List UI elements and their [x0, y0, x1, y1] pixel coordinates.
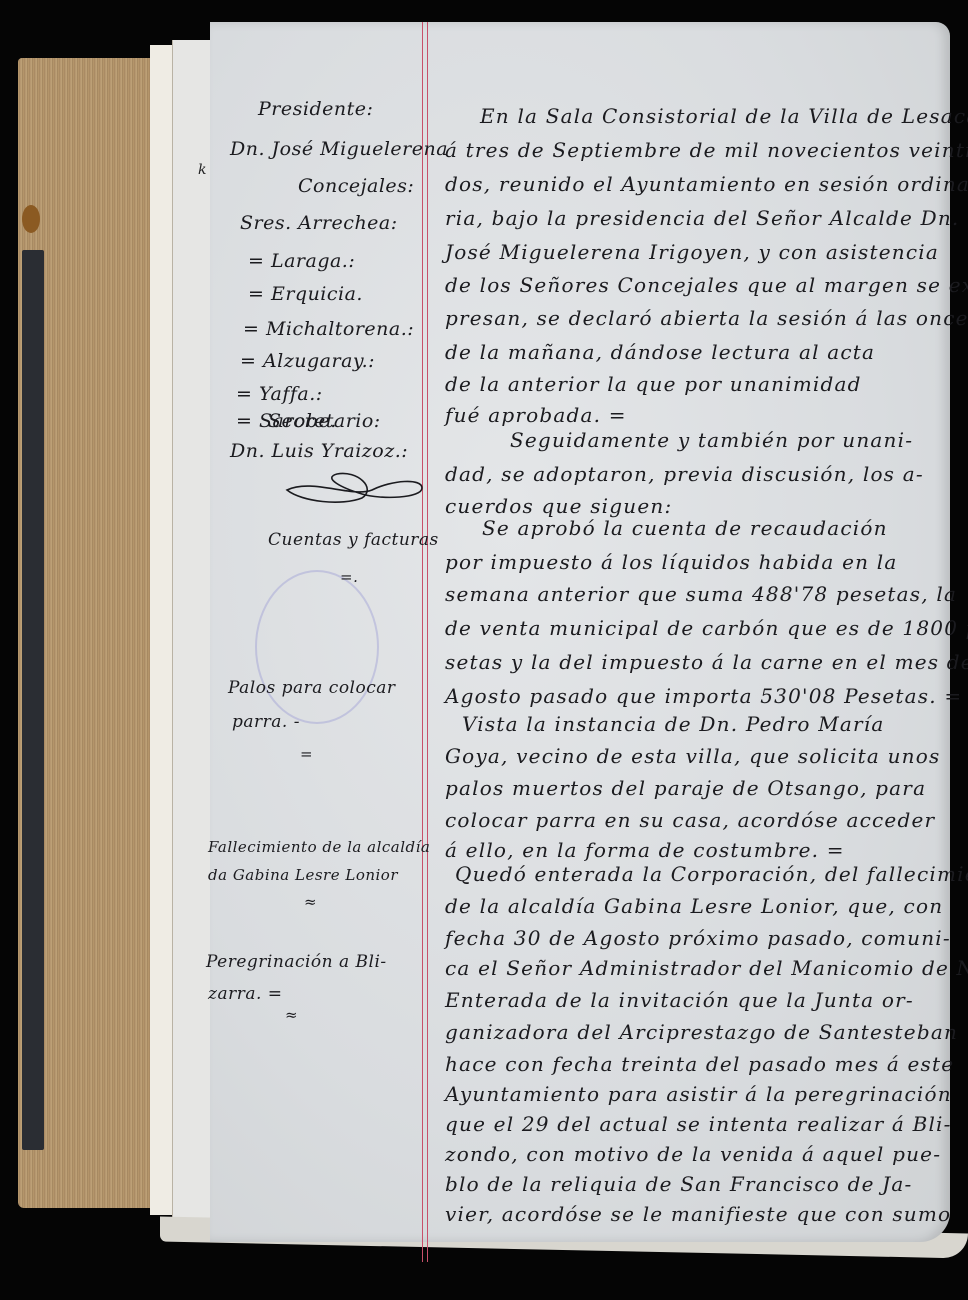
- margin-note-mark: =: [300, 745, 313, 763]
- body-line: En la Sala Consistorial de la Villa de L…: [480, 104, 968, 128]
- body-line: fecha 30 de Agosto próximo pasado, comun…: [445, 926, 951, 950]
- body-line: á ello, en la forma de costumbre. =: [445, 838, 845, 862]
- body-line: dos, reunido el Ayuntamiento en sesión o…: [445, 172, 968, 196]
- margin-note-title: Peregrinación a Bli-: [206, 952, 387, 972]
- body-line: hace con fecha treinta del pasado mes á …: [445, 1052, 954, 1076]
- secretary-heading: Secretario:: [268, 410, 381, 432]
- body-line: palos muertos del paraje de Otsango, par…: [445, 776, 926, 800]
- body-line: zondo, con motivo de la venida á aquel p…: [445, 1142, 941, 1166]
- body-line: vier, acordóse se le manifieste que con …: [445, 1202, 951, 1226]
- official-stamp: [255, 570, 379, 724]
- councillors-heading: Concejales:: [298, 175, 414, 197]
- body-line: Agosto pasado que importa 530'08 Pesetas…: [445, 684, 962, 708]
- councillor: = Michaltorena.:: [243, 318, 414, 340]
- body-line: á tres de Septiembre de mil novecientos …: [445, 138, 968, 162]
- body-line: de los Señores Concejales que al margen …: [445, 273, 968, 297]
- body-line: setas y la del impuesto á la carne en el…: [445, 650, 968, 674]
- underlying-leaf: [172, 40, 213, 1220]
- margin-note-title: Fallecimiento de la alcaldía: [208, 838, 430, 856]
- body-line: dad, se adoptaron, previa discusión, los…: [445, 462, 924, 486]
- body-line: Ayuntamiento para asistir á la peregrina…: [445, 1082, 952, 1106]
- margin-rule: [422, 22, 428, 1262]
- secretary-name: Dn. Luis Yraizoz.:: [230, 440, 408, 462]
- body-line: blo de la reliquia de San Francisco de J…: [445, 1172, 912, 1196]
- body-line: Enterada de la invitación que la Junta o…: [445, 988, 914, 1012]
- body-line: Goya, vecino de esta villa, que solicita…: [445, 744, 940, 768]
- body-line: Seguidamente y también por unani-: [510, 428, 913, 452]
- body-line: semana anterior que suma 488'78 pesetas,…: [445, 582, 957, 606]
- stain: [22, 205, 40, 233]
- body-line: de la anterior la que por unanimidad: [445, 372, 862, 396]
- body-line: de la mañana, dándose lectura al acta: [445, 340, 875, 364]
- body-line: ria, bajo la presidencia del Señor Alcal…: [445, 206, 959, 230]
- margin-note-title: da Gabina Lesre Lonior: [208, 866, 398, 884]
- margin-note-title: zarra. =: [208, 984, 283, 1004]
- book-cover-spine: [22, 250, 44, 1150]
- margin-note-mark: =.: [340, 568, 358, 586]
- president-heading: Presidente:: [258, 98, 373, 120]
- margin-note-title: parra. -: [232, 712, 300, 732]
- stray-mark: k: [198, 162, 206, 178]
- body-line: colocar parra en su casa, acordóse acced…: [445, 808, 935, 832]
- body-line: por impuesto á los líquidos habida en la: [445, 550, 898, 574]
- body-line: de venta municipal de carbón que es de 1…: [445, 616, 968, 640]
- councillor: Sres. Arrechea:: [240, 212, 398, 234]
- councillor: = Alzugaray.:: [240, 350, 375, 372]
- president-name: Dn. José Miguelerena: [230, 138, 448, 160]
- councillor: = Laraga.:: [248, 250, 355, 272]
- margin-note-mark: ≈: [285, 1006, 298, 1024]
- margin-note-title: Palos para colocar: [228, 678, 396, 698]
- councillor: = Yaffa.:: [236, 383, 323, 405]
- flourish-ornament: [282, 468, 432, 508]
- margin-note-title: Cuentas y facturas: [268, 530, 439, 550]
- margin-note-mark: ≈: [304, 893, 317, 911]
- body-line: fué aprobada. =: [445, 403, 627, 427]
- body-line: ca el Señor Administrador del Manicomio …: [445, 956, 968, 980]
- body-line: presan, se declaró abierta la sesión á l…: [445, 306, 968, 330]
- body-line: Vista la instancia de Dn. Pedro María: [462, 712, 884, 736]
- body-line: de la alcaldía Gabina Lesre Lonior, que,…: [445, 894, 943, 918]
- body-line: ganizadora del Arciprestazgo de Santeste…: [445, 1020, 958, 1044]
- body-line: cuerdos que siguen:: [445, 494, 672, 518]
- body-line: Quedó enterada la Corporación, del falle…: [455, 862, 968, 886]
- body-line: que el 29 del actual se intenta realizar…: [445, 1112, 952, 1136]
- body-line: José Miguelerena Irigoyen, y con asisten…: [445, 240, 939, 264]
- body-line: Se aprobó la cuenta de recaudación: [482, 516, 888, 540]
- councillor: = Erquicia.: [248, 283, 363, 305]
